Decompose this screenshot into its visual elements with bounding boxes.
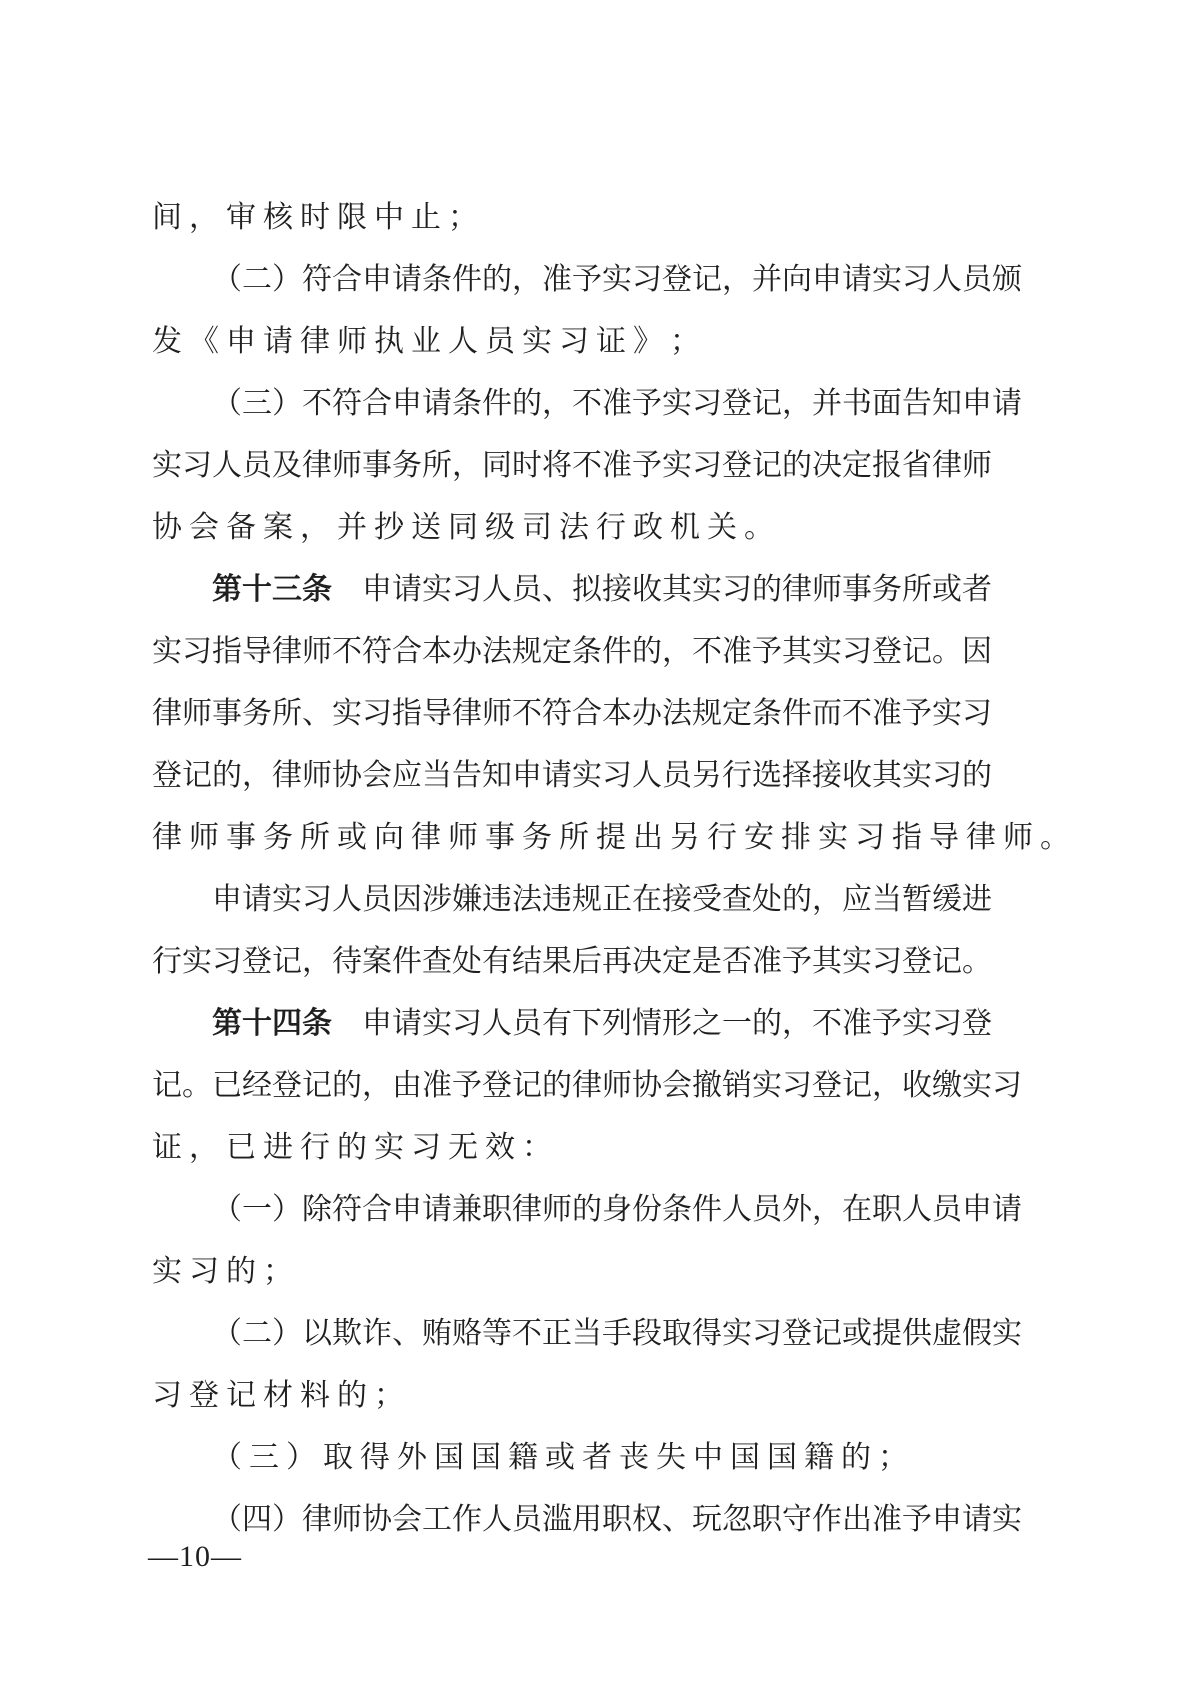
document-page: 间，审核时限中止；（二）符合申请条件的，准予实习登记，并向申请实习人员颁发《申请… <box>0 0 1199 1696</box>
line-text: （二）以欺诈、贿赂等不正当手段取得实习登记或提供虚假实 <box>212 1303 967 1365</box>
article-heading-line: 第十四条申请实习人员有下列情形之一的，不准予实习登 <box>152 993 967 1055</box>
article-number: 第十四条 <box>212 993 332 1055</box>
line-text: 实习指导律师不符合本办法规定条件的，不准予其实习登记。因 <box>152 621 967 683</box>
document-line: 协会备案，并抄送同级司法行政机关。 <box>152 497 967 559</box>
line-text: 实习人员及律师事务所，同时将不准予实习登记的决定报省律师 <box>152 435 967 497</box>
document-line: 实习指导律师不符合本办法规定条件的，不准予其实习登记。因 <box>152 621 967 683</box>
document-line: 律师事务所或向律师事务所提出另行安排实习指导律师。 <box>152 807 967 869</box>
line-text: 行实习登记，待案件查处有结果后再决定是否准予其实习登记。 <box>152 931 967 993</box>
line-text: 第十三条申请实习人员、拟接收其实习的律师事务所或者 <box>212 559 967 621</box>
document-line: 记。已经登记的，由准予登记的律师协会撤销实习登记，收缴实习 <box>152 1055 967 1117</box>
line-text: 律师事务所或向律师事务所提出另行安排实习指导律师。 <box>152 807 967 869</box>
document-line: （一）除符合申请兼职律师的身份条件人员外，在职人员申请 <box>152 1179 967 1241</box>
line-text: （二）符合申请条件的，准予实习登记，并向申请实习人员颁 <box>212 249 967 311</box>
line-text: 律师事务所、实习指导律师不符合本办法规定条件而不准予实习 <box>152 683 967 745</box>
line-text: 发《申请律师执业人员实习证》； <box>152 311 967 373</box>
line-text: 实习的； <box>152 1241 967 1303</box>
line-text: 证，已进行的实习无效： <box>152 1117 967 1179</box>
line-text: （四）律师协会工作人员滥用职权、玩忽职守作出准予申请实 <box>212 1489 967 1551</box>
document-line: 间，审核时限中止； <box>152 187 967 249</box>
document-line: 实习人员及律师事务所，同时将不准予实习登记的决定报省律师 <box>152 435 967 497</box>
document-line: （四）律师协会工作人员滥用职权、玩忽职守作出准予申请实 <box>152 1489 967 1551</box>
document-line: 律师事务所、实习指导律师不符合本办法规定条件而不准予实习 <box>152 683 967 745</box>
page-number: —10— <box>148 1540 242 1574</box>
document-line: 申请实习人员因涉嫌违法违规正在接受查处的，应当暂缓进 <box>152 869 967 931</box>
document-line: 行实习登记，待案件查处有结果后再决定是否准予其实习登记。 <box>152 931 967 993</box>
line-text: 间，审核时限中止； <box>152 187 967 249</box>
document-line: 登记的，律师协会应当告知申请实习人员另行选择接收其实习的 <box>152 745 967 807</box>
document-body: 间，审核时限中止；（二）符合申请条件的，准予实习登记，并向申请实习人员颁发《申请… <box>152 187 967 1551</box>
line-text: （一）除符合申请兼职律师的身份条件人员外，在职人员申请 <box>212 1179 967 1241</box>
line-text: （三）不符合申请条件的，不准予实习登记，并书面告知申请 <box>212 373 967 435</box>
line-text: 习登记材料的； <box>152 1365 967 1427</box>
article-heading-line: 第十三条申请实习人员、拟接收其实习的律师事务所或者 <box>152 559 967 621</box>
line-text: 记。已经登记的，由准予登记的律师协会撤销实习登记，收缴实习 <box>152 1055 967 1117</box>
line-text: 登记的，律师协会应当告知申请实习人员另行选择接收其实习的 <box>152 745 967 807</box>
line-text: 协会备案，并抄送同级司法行政机关。 <box>152 497 967 559</box>
line-text: （三）取得外国国籍或者丧失中国国籍的； <box>212 1427 967 1489</box>
document-line: （二）符合申请条件的，准予实习登记，并向申请实习人员颁 <box>152 249 967 311</box>
article-number: 第十三条 <box>212 559 332 621</box>
document-line: （二）以欺诈、贿赂等不正当手段取得实习登记或提供虚假实 <box>152 1303 967 1365</box>
document-line: 实习的； <box>152 1241 967 1303</box>
document-line: 习登记材料的； <box>152 1365 967 1427</box>
line-text: 第十四条申请实习人员有下列情形之一的，不准予实习登 <box>212 993 967 1055</box>
document-line: （三）不符合申请条件的，不准予实习登记，并书面告知申请 <box>152 373 967 435</box>
document-line: 证，已进行的实习无效： <box>152 1117 967 1179</box>
line-text: 申请实习人员因涉嫌违法违规正在接受查处的，应当暂缓进 <box>212 869 967 931</box>
document-line: （三）取得外国国籍或者丧失中国国籍的； <box>152 1427 967 1489</box>
document-line: 发《申请律师执业人员实习证》； <box>152 311 967 373</box>
